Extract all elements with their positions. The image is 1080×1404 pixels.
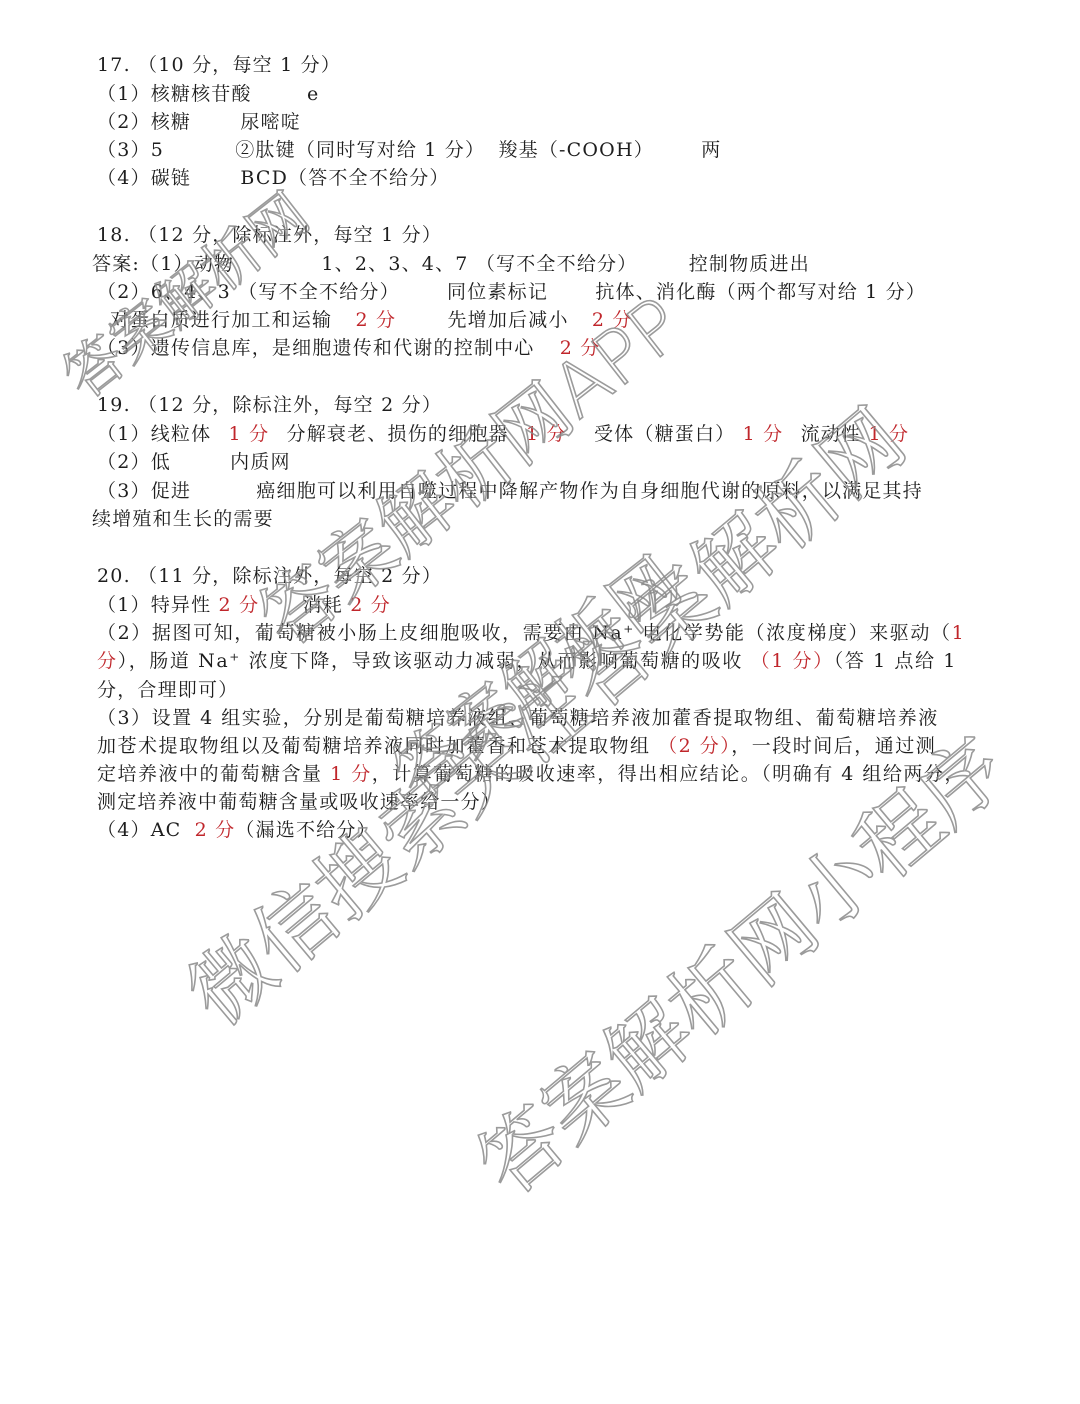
q17-answer-3a: （3）5 [97, 139, 164, 161]
q20-score-badge: （1 分） [751, 650, 834, 672]
q19-answer-1b: 分解衰老、损伤的细胞器 [287, 423, 509, 445]
q19-answer-3a: （3）促进 [97, 480, 191, 502]
q18-answer-2a: （2）6、4、3 （写不全不给分） [97, 281, 400, 303]
q18-score-badge: 2 分 [560, 337, 601, 359]
q17-answer-3d: 两 [701, 139, 721, 161]
q18-line-4: （3）遗传信息库，是细胞遗传和代谢的控制中心 2 分 [97, 334, 600, 362]
q19-answer-1a: （1）线粒体 [97, 423, 211, 445]
q17-header: 17. （10 分，每空 1 分） [97, 51, 341, 79]
q18-answer-2b: 同位素标记 [447, 281, 548, 303]
q20-line-3: 分），肠道 Na⁺ 浓度下降，导致该驱动力减弱，从而影响葡萄糖的吸收 （1 分）… [97, 647, 957, 675]
q20-answer-7b: ，计算葡萄糖的吸收速率，得出相应结论。（明确有 4 组给两分， [372, 763, 965, 785]
q19-answer-2a: （2）低 [97, 451, 171, 473]
q20-answer-1b: 消耗 [303, 594, 343, 616]
q18-answer-2c: 抗体、消化酶（两个都写对给 1 分） [595, 281, 926, 303]
q18-score-badge: 2 分 [592, 309, 633, 331]
q20-answer-3a: ），肠道 Na⁺ 浓度下降，导致该驱动力减弱，从而影响葡萄糖的吸收 [118, 650, 743, 672]
q19-score-badge: 1 分 [526, 423, 567, 445]
q19-line-1: （1）线粒体 1 分 分解衰老、损伤的细胞器 1 分 受体（糖蛋白） 1 分 流… [97, 420, 909, 448]
q17-answer-1a: （1）核糖核苷酸 [97, 83, 252, 105]
q17-answer-2b: 尿嘧啶 [240, 111, 301, 133]
q18-line-3: 对蛋白质进行加工和运输 2 分 先增加后减小 2 分 [110, 306, 633, 334]
q18-answer-1c: 控制物质进出 [689, 253, 810, 275]
q18-line-2: （2）6、4、3 （写不全不给分） 同位素标记 抗体、消化酶（两个都写对给 1 … [97, 278, 926, 306]
q17-answer-4b: BCD（答不全不给分） [240, 167, 449, 189]
q17-line-4: （4）碳链 BCD（答不全不给分） [97, 164, 450, 192]
q20-line-1: （1）特异性 2 分 消耗 2 分 [97, 591, 391, 619]
q20-line-9: （4）AC 2 分（漏选不给分） [97, 816, 377, 844]
q20-line-8: 测定培养液中葡萄糖含量或吸收速率给一分） [97, 788, 501, 816]
q20-answer-2a: （2）据图可知，葡萄糖被小肠上皮细胞吸收，需要由 Na⁺ 电化学势能（浓度梯度）… [97, 622, 952, 644]
q20-line-4: 分，合理即可） [97, 676, 238, 704]
answer-key-page: 17. （10 分，每空 1 分） （1）核糖核苷酸 e （2）核糖 尿嘧啶 （… [0, 0, 1080, 1404]
q19-score-badge: 1 分 [743, 423, 784, 445]
q17-answer-2a: （2）核糖 [97, 111, 191, 133]
q18-answer-4a: （3）遗传信息库，是细胞遗传和代谢的控制中心 [97, 337, 535, 359]
q20-answer-3b: （答 1 点给 1 [834, 650, 957, 672]
q20-answer-9a: （4）AC [97, 819, 181, 841]
q17-line-1: （1）核糖核苷酸 e [97, 80, 319, 108]
q20-header: 20. （11 分，除标注外，每空 2 分） [97, 562, 442, 590]
q20-answer-7a: 定培养液中的葡萄糖含量 [97, 763, 323, 785]
q17-line-2: （2）核糖 尿嘧啶 [97, 108, 301, 136]
q18-line-1: 答案:（1）动物 1、2、3、4、7 （写不全不给分） 控制物质进出 [92, 250, 810, 278]
q17-line-3: （3）5 ②肽键（同时写对给 1 分） 羧基（-COOH） 两 [97, 136, 721, 164]
q20-score-badge: 1 [952, 622, 966, 644]
q19-header: 19. （12 分，除标注外，每空 2 分） [97, 391, 442, 419]
q19-line-2: （2）低 内质网 [97, 448, 291, 476]
q20-answer-6a: 加苍术提取物组以及葡萄糖培养液同时加藿香和苍术提取物组 [97, 735, 651, 757]
q19-answer-3b: 癌细胞可以利用自噬过程中降解产物作为自身细胞代谢的原料，以满足其持 [256, 480, 923, 502]
q17-answer-3c: 羧基（-COOH） [498, 139, 653, 161]
q18-answer-1a: 答案:（1）动物 [92, 253, 234, 275]
q18-answer-3b: 先增加后减小 [447, 309, 568, 331]
q18-answer-3a: 对蛋白质进行加工和运输 [110, 309, 332, 331]
q18-header: 18. （12 分，除标注外，每空 1 分） [97, 221, 442, 249]
q17-answer-4a: （4）碳链 [97, 167, 191, 189]
q20-line-5: （3）设置 4 组实验，分别是葡萄糖培养液组、葡萄糖培养液加藿香提取物组、葡萄糖… [97, 704, 939, 732]
q19-answer-1c: 受体（糖蛋白） [594, 423, 735, 445]
q20-answer-9b: （漏选不给分） [235, 819, 376, 841]
q20-score-badge: 2 分 [350, 594, 391, 616]
q20-score-badge: （2 分） [658, 735, 731, 757]
q20-line-7: 定培养液中的葡萄糖含量 1 分，计算葡萄糖的吸收速率，得出相应结论。（明确有 4… [97, 760, 965, 788]
q20-line-2: （2）据图可知，葡萄糖被小肠上皮细胞吸收，需要由 Na⁺ 电化学势能（浓度梯度）… [97, 619, 965, 647]
q18-score-badge: 2 分 [355, 309, 396, 331]
q18-answer-1b: 1、2、3、4、7 （写不全不给分） [321, 253, 637, 275]
q19-answer-2b: 内质网 [230, 451, 291, 473]
q19-score-badge: 1 分 [229, 423, 270, 445]
q20-score-badge: 1 分 [330, 763, 372, 785]
q20-score-badge: 分 [97, 650, 118, 672]
q20-score-badge: 2 分 [195, 819, 236, 841]
q19-line-3: （3）促进 癌细胞可以利用自噬过程中降解产物作为自身细胞代谢的原料，以满足其持 [97, 477, 923, 505]
q17-answer-3b: ②肽键（同时写对给 1 分） [235, 139, 485, 161]
q19-score-badge: 1 分 [868, 423, 909, 445]
q17-answer-1b: e [307, 83, 319, 105]
q20-answer-1a: （1）特异性 [97, 594, 211, 616]
q20-line-6: 加苍术提取物组以及葡萄糖培养液同时加藿香和苍术提取物组 （2 分），一段时间后，… [97, 732, 936, 760]
q19-answer-1d: 流动性 [801, 423, 862, 445]
q20-answer-6b: ，一段时间后，通过测 [731, 735, 936, 757]
q19-line-4: 续增殖和生长的需要 [92, 505, 274, 533]
q20-score-badge: 2 分 [219, 594, 260, 616]
